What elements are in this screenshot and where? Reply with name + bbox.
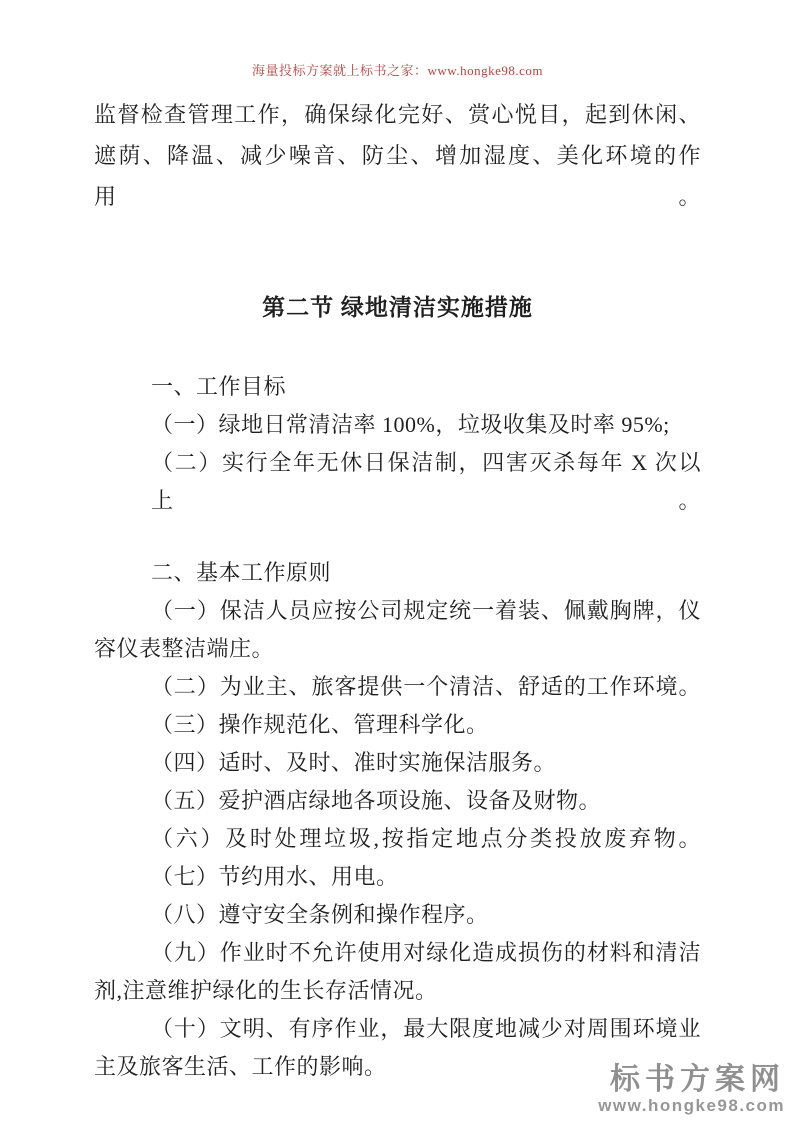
list-item: （五）爱护酒店绿地各项设施、设备及财物。 [94, 782, 701, 820]
list-item: （九）作业时不允许使用对绿化造成损伤的材料和清洁 [94, 934, 701, 972]
list-item: （一）保洁人员应按公司规定统一着装、佩戴胸牌，仪 [94, 592, 701, 630]
principles-section: 二、基本工作原则 （一）保洁人员应按公司规定统一着装、佩戴胸牌，仪 容仪表整洁端… [94, 554, 701, 1086]
list-item: （十）文明、有序作业，最大限度地减少对周围环境业 [94, 1010, 701, 1048]
subsection-heading: 二、基本工作原则 [94, 554, 701, 592]
list-item: （六）及时处理垃圾,按指定地点分类投放废弃物。 [94, 820, 701, 858]
header-note: 海量投标方案就上标书之家：www.hongke98.com [94, 62, 701, 80]
list-item: （一）绿地日常清洁率 100%，垃圾收集及时率 95%; [94, 406, 701, 444]
list-item: （四）适时、及时、准时实施保洁服务。 [94, 744, 701, 782]
body-line: 监督检查管理工作，确保绿化完好、赏心悦目，起到休闲、 [94, 94, 701, 135]
list-item: （七）节约用水、用电。 [94, 858, 701, 896]
intro-paragraph: 监督检查管理工作，确保绿化完好、赏心悦目，起到休闲、 遮荫、降温、减少噪音、防尘… [94, 94, 701, 217]
watermark-url: www.hongke98.com [598, 1096, 785, 1116]
list-item: （二）为业主、旅客提供一个清洁、舒适的工作环境。 [94, 668, 701, 706]
watermark-logo: 标书方案网 [598, 1064, 785, 1096]
document-page: 海量投标方案就上标书之家：www.hongke98.com 监督检查管理工作，确… [0, 0, 793, 1122]
list-item-continuation: 剂,注意维护绿化的生长存活情况。 [94, 972, 701, 1010]
goals-section: 一、工作目标 （一）绿地日常清洁率 100%，垃圾收集及时率 95%; （二）实… [94, 368, 701, 520]
list-item: （三）操作规范化、管理科学化。 [94, 706, 701, 744]
list-item: （二）实行全年无休日保洁制，四害灭杀每年 X 次以上。 [94, 444, 701, 520]
watermark: 标书方案网 www.hongke98.com [598, 1064, 785, 1116]
body-line: 遮荫、降温、减少噪音、防尘、增加湿度、美化环境的作用。 [94, 135, 701, 217]
list-item: （八）遵守安全条例和操作程序。 [94, 896, 701, 934]
subsection-heading: 一、工作目标 [94, 368, 701, 406]
section-title: 第二节 绿地清洁实施措施 [94, 288, 701, 328]
list-item-continuation: 容仪表整洁端庄。 [94, 630, 701, 668]
